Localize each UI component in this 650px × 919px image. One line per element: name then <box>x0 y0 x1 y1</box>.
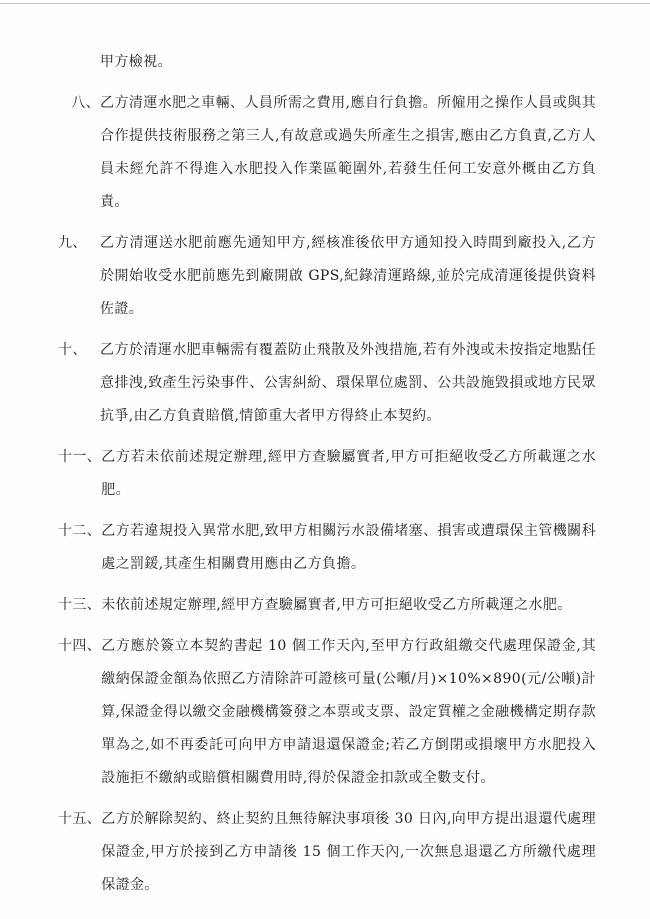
clause-number: 十五、 <box>58 803 101 902</box>
clause-text: 乙方應於簽立本契約書起 10 個工作天內,至甲方行政組繳交代處理保證金,其繳納保… <box>101 630 596 795</box>
clause-row: 十四、 乙方應於簽立本契約書起 10 個工作天內,至甲方行政組繳交代處理保證金,… <box>58 630 596 795</box>
clause-number: 八、 <box>58 87 100 219</box>
clause-text: 乙方於解除契約、終止契約且無待解決事項後 30 日內,向甲方提出退還代處理保證金… <box>101 803 596 902</box>
clause-text: 乙方若未依前述規定辦理,經甲方查驗屬實者,甲方可拒絕收受乙方所載運之水肥。 <box>101 441 596 507</box>
clause-number: 十、 <box>58 334 100 433</box>
clause-text: 未依前述規定辦理,經甲方查驗屬實者,甲方可拒絕收受乙方所載運之水肥。 <box>101 589 596 622</box>
clause-row: 九、 乙方清運送水肥前應先通知甲方,經核准後依甲方通知投入時間到廠投入,乙方於開… <box>58 227 596 326</box>
clause-text: 乙方清運水肥之車輛、人員所需之費用,應自行負擔。所僱用之操作人員或與其合作提供技… <box>100 87 596 219</box>
clause-row: 八、 乙方清運水肥之車輛、人員所需之費用,應自行負擔。所僱用之操作人員或與其合作… <box>58 87 596 219</box>
clause-row: 十二、 乙方若違規投入異常水肥,致甲方相關污水設備堵塞、損害或遭環保主管機關科處… <box>58 515 596 581</box>
clause-number: 九、 <box>58 227 100 326</box>
clause-row: 十五、 乙方於解除契約、終止契約且無待解決事項後 30 日內,向甲方提出退還代處… <box>58 803 596 902</box>
document-page: 甲方檢視。 八、 乙方清運水肥之車輛、人員所需之費用,應自行負擔。所僱用之操作人… <box>0 0 650 919</box>
contract-body: 甲方檢視。 八、 乙方清運水肥之車輛、人員所需之費用,應自行負擔。所僱用之操作人… <box>58 46 596 910</box>
clause-text: 乙方清運送水肥前應先通知甲方,經核准後依甲方通知投入時間到廠投入,乙方於開始收受… <box>100 227 596 326</box>
scan-artifact-line <box>0 3 650 4</box>
clause-row: 十、 乙方於清運水肥車輛需有覆蓋防止飛散及外洩措施,若有外洩或未按指定地點任意排… <box>58 334 596 433</box>
clause-row: 十三、 未依前述規定辦理,經甲方查驗屬實者,甲方可拒絕收受乙方所載運之水肥。 <box>58 589 596 622</box>
clause-text: 乙方於清運水肥車輛需有覆蓋防止飛散及外洩措施,若有外洩或未按指定地點任意排洩,致… <box>100 334 596 433</box>
clause-number: 十四、 <box>58 630 101 795</box>
clause-list: 八、 乙方清運水肥之車輛、人員所需之費用,應自行負擔。所僱用之操作人員或與其合作… <box>58 87 596 902</box>
clause-text: 乙方若違規投入異常水肥,致甲方相關污水設備堵塞、損害或遭環保主管機關科處之罰鍰,… <box>101 515 596 581</box>
continuation-text: 甲方檢視。 <box>58 46 596 79</box>
clause-number: 十一、 <box>58 441 101 507</box>
clause-row: 十一、 乙方若未依前述規定辦理,經甲方查驗屬實者,甲方可拒絕收受乙方所載運之水肥… <box>58 441 596 507</box>
clause-number: 十三、 <box>58 589 101 622</box>
clause-number: 十二、 <box>58 515 101 581</box>
